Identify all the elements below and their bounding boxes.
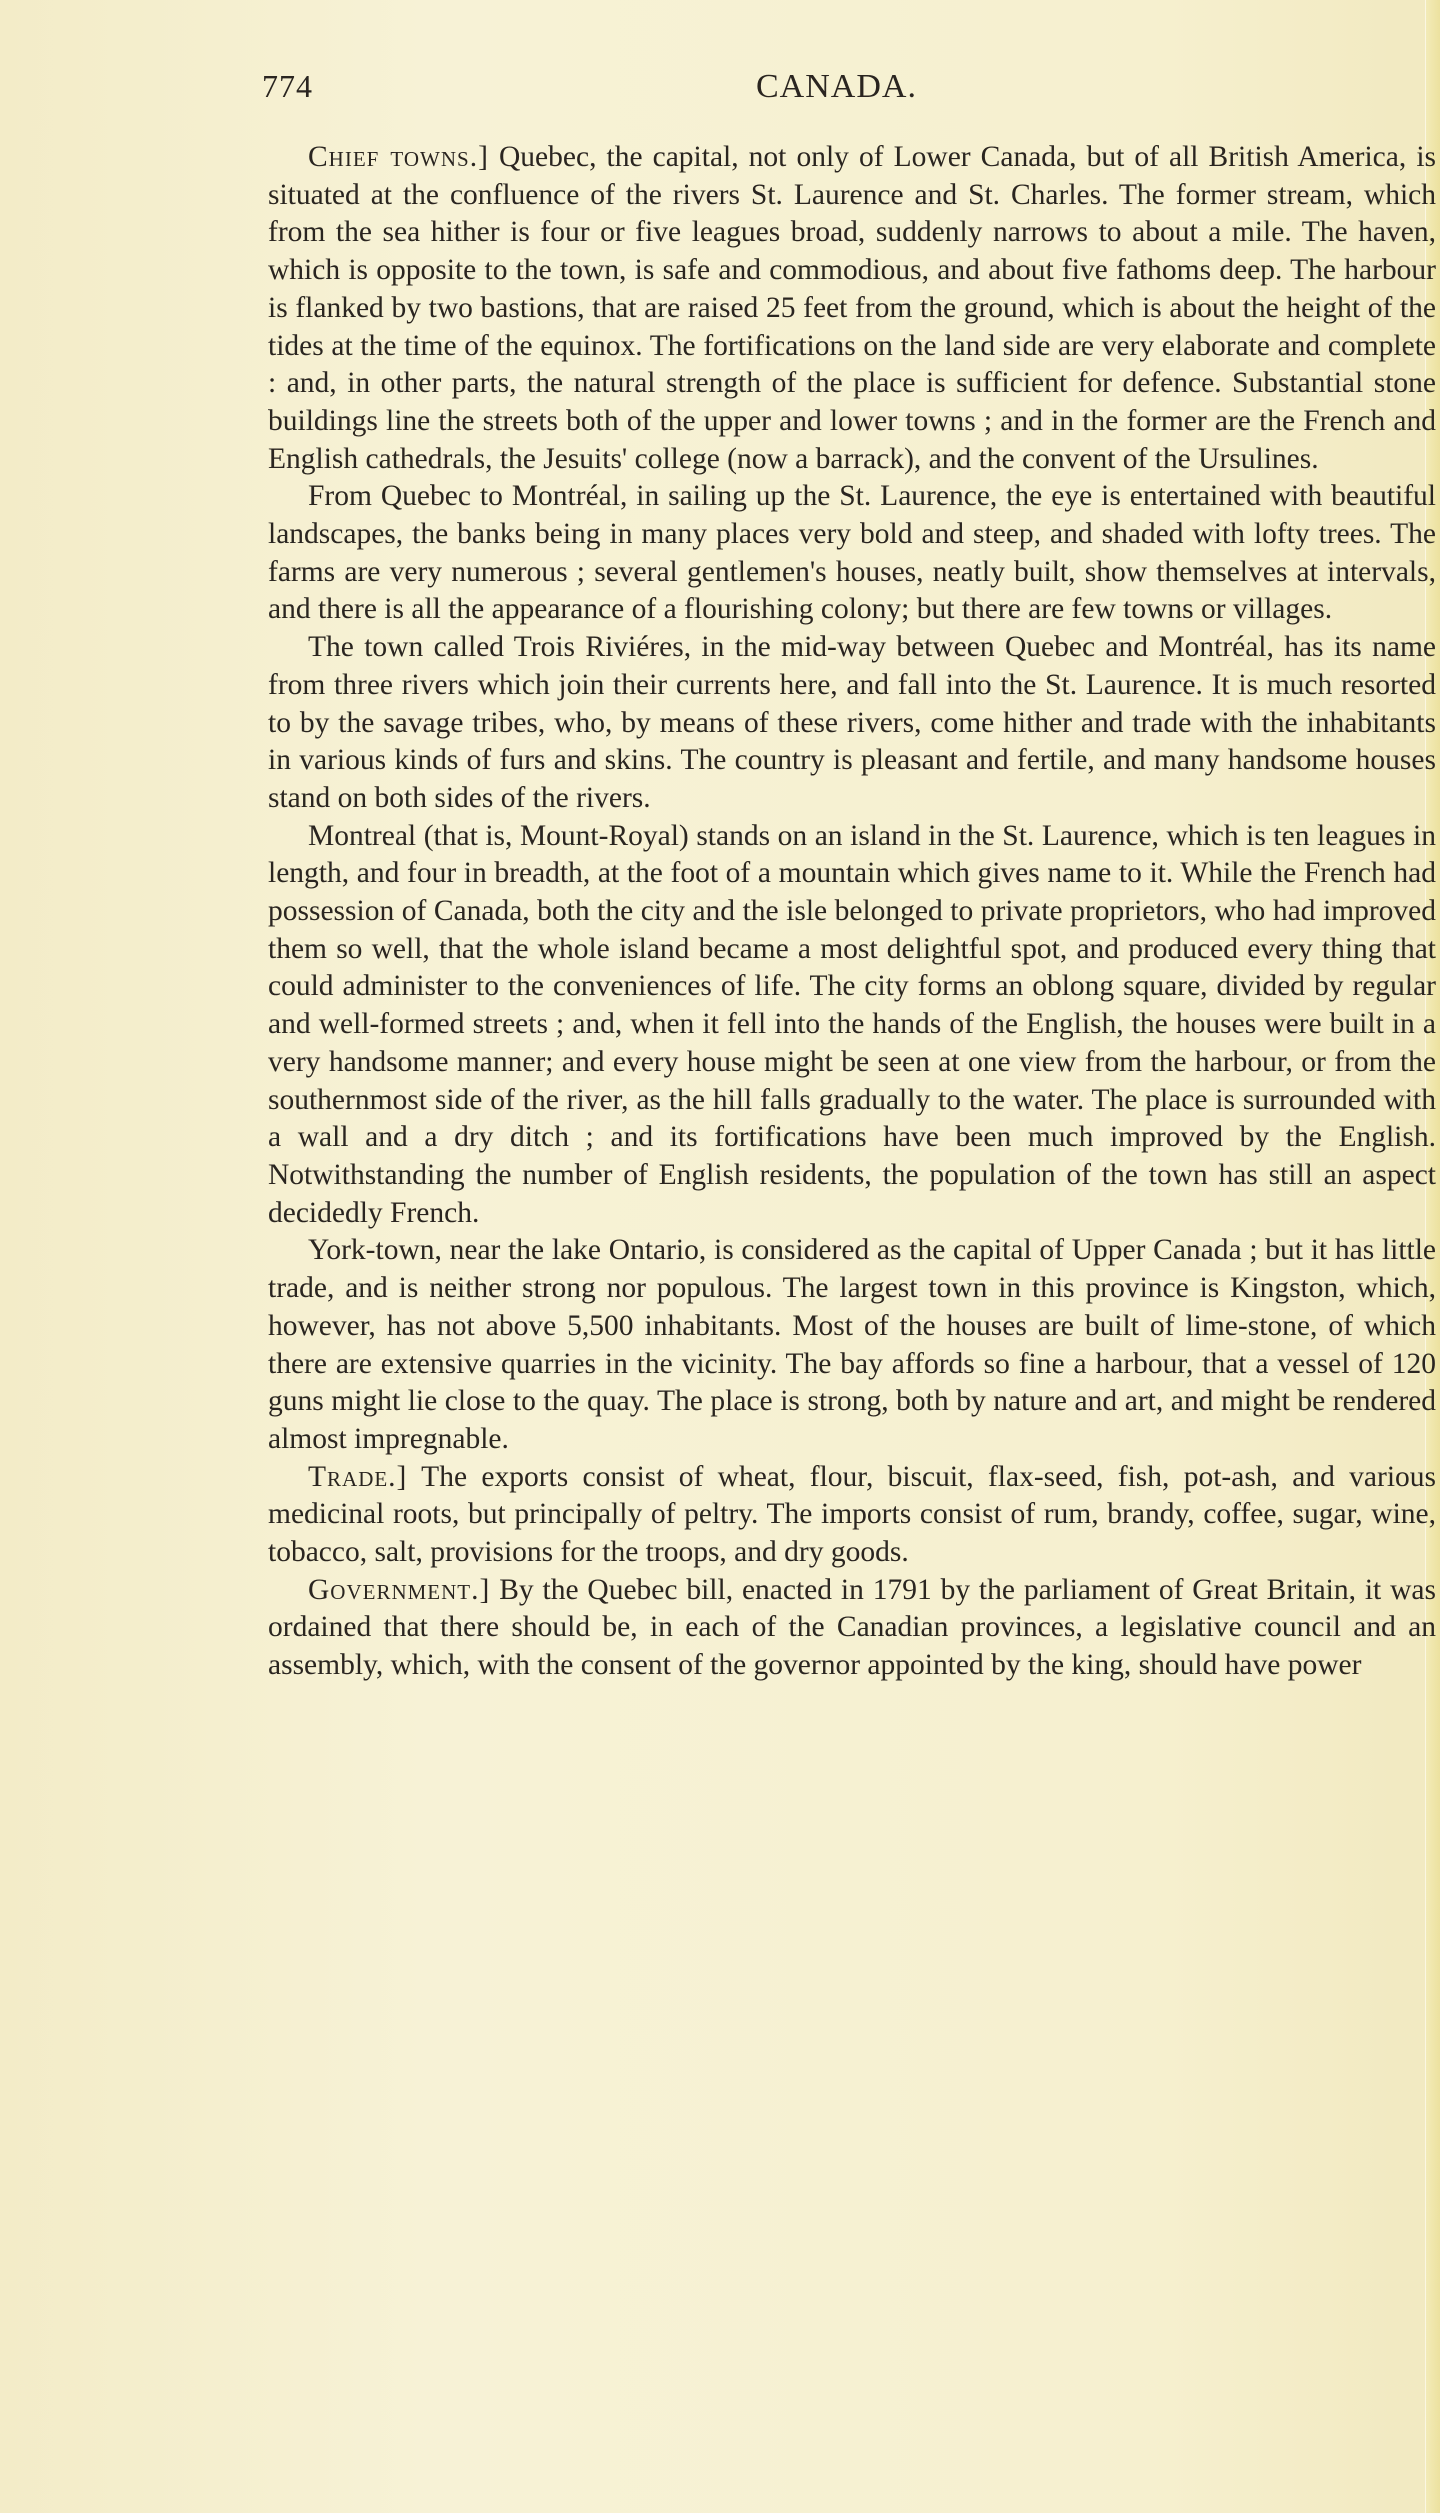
paragraph-text: From Quebec to Montréal, in sailing up t… [268, 480, 1436, 625]
paragraph-chief-towns: Chief towns.] Quebec, the capital, not o… [268, 139, 1436, 478]
page-number: 774 [262, 68, 313, 105]
section-heading-government: Government.] [308, 1574, 490, 1606]
paragraph-text: Montreal (that is, Mount-Royal) stands o… [268, 820, 1436, 1229]
section-heading-chief-towns: Chief towns.] [308, 141, 489, 173]
paragraph-text: The exports consist of wheat, flour, bis… [268, 1461, 1436, 1568]
paragraph-text: The town called Trois Riviéres, in the m… [268, 631, 1436, 814]
paragraph-trade: Trade.] The exports consist of wheat, fl… [268, 1459, 1436, 1572]
page-header: 774 CANADA. [262, 68, 1434, 118]
paragraph-government: Government.] By the Quebec bill, enacted… [268, 1572, 1436, 1685]
paragraph-text: York-town, near the lake Ontario, is con… [268, 1234, 1436, 1455]
paragraph-text: Quebec, the capital, not only of Lower C… [268, 141, 1436, 475]
paragraph-montreal: Montreal (that is, Mount-Royal) stands o… [268, 818, 1436, 1233]
running-title: CANADA. [756, 68, 917, 106]
paragraph-trois-rivieres: The town called Trois Riviéres, in the m… [268, 629, 1436, 818]
section-heading-trade: Trade.] [308, 1461, 407, 1493]
paragraph-quebec-to-montreal: From Quebec to Montréal, in sailing up t… [268, 478, 1436, 629]
paragraph-york-town: York-town, near the lake Ontario, is con… [268, 1232, 1436, 1458]
body-text: Chief towns.] Quebec, the capital, not o… [268, 139, 1436, 1685]
